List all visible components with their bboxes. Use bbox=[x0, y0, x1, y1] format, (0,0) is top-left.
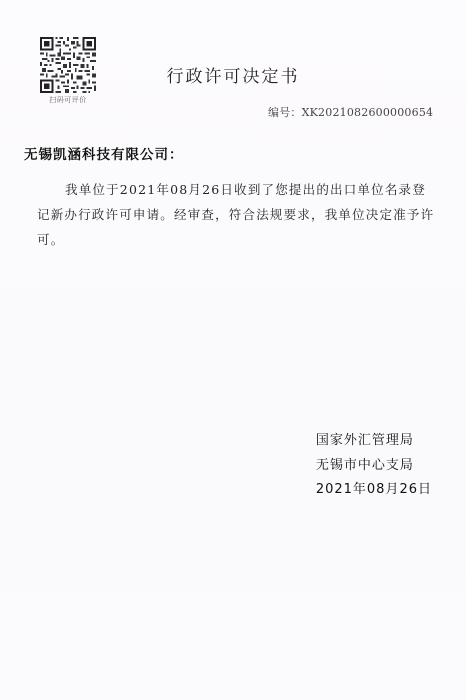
document-page: 扫码可评价 行政许可决定书 编号：XK2021082600000654 无锡凯涵… bbox=[0, 0, 466, 700]
addressee: 无锡凯涵科技有限公司： bbox=[24, 143, 184, 163]
issuer-branch: 无锡市中心支局 bbox=[316, 454, 432, 479]
document-number: 编号：XK2021082600000654 bbox=[268, 104, 433, 120]
decision-body: 我单位于2021年08月26日收到了您提出的出口单位名录登记新办行政许可申请。经… bbox=[37, 177, 437, 252]
document-title: 行政许可决定书 bbox=[0, 62, 466, 87]
issue-date: 2021年08月26日 bbox=[316, 478, 432, 503]
issuer-name: 国家外汇管理局 bbox=[316, 429, 432, 454]
signature-block: 国家外汇管理局 无锡市中心支局 2021年08月26日 bbox=[316, 429, 432, 503]
qr-caption: 扫码可评价 bbox=[40, 95, 96, 105]
